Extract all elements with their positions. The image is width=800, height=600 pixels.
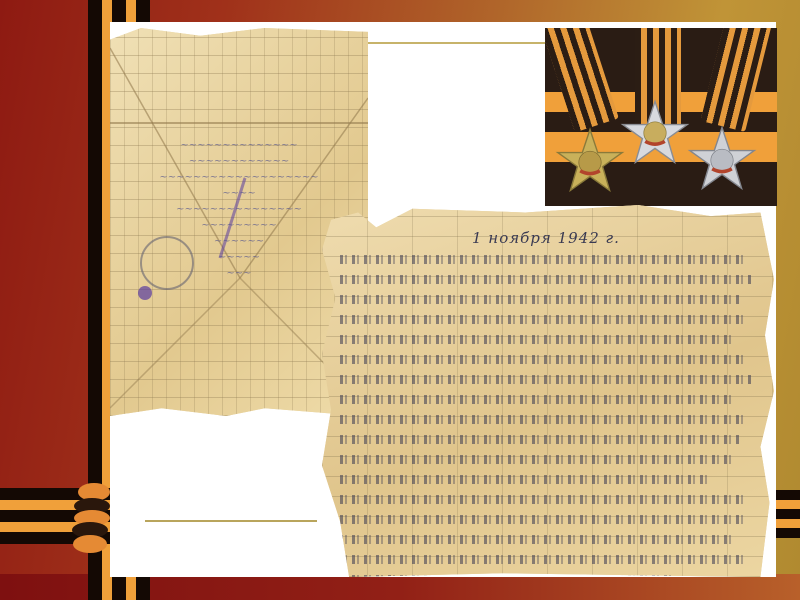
silver-star-medal-gold-center-icon	[620, 98, 690, 168]
letter-handwriting	[340, 249, 760, 589]
ribbon-bow-icon	[70, 478, 112, 558]
silver-star-medal-icon	[687, 124, 757, 194]
ink-stamp	[138, 286, 152, 300]
postmark-stamp	[140, 236, 194, 290]
gold-star-medal-icon	[555, 126, 625, 196]
letter-date: 1 ноября 1942 г.	[472, 229, 620, 247]
decorative-line-bottom	[145, 520, 317, 522]
decorative-line-top	[366, 42, 546, 44]
handwritten-letter-photo: 1 ноября 1942 г.	[322, 205, 774, 577]
order-of-glory-medals-photo	[545, 28, 777, 206]
horizontal-ribbon-right-end	[774, 490, 800, 542]
